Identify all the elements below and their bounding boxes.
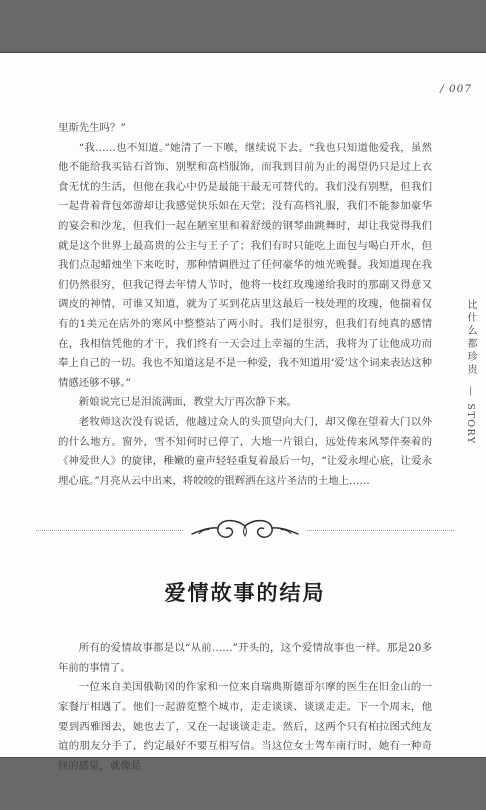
floral-swirl-ornament-icon [183,517,307,543]
page-number: / 007 [440,83,472,95]
screenshot-canvas: / 007 比什么都珍贵 — STORY 里斯先生吗？” “我……也不知道。”她… [0,0,486,810]
top-frame-bar [0,0,486,52]
book-page: / 007 比什么都珍贵 — STORY 里斯先生吗？” “我……也不知道。”她… [0,52,486,758]
section-title: 爱情故事的结局 [58,577,432,607]
divider-dotted-line-left [36,530,183,531]
page-content: 里斯先生吗？” “我……也不知道。”她清了一下喉，继续说下去。“我也只知道他爱我… [58,119,432,776]
new-story-body: 所有的爱情故事都是以“从前……”开头的，这个爱情故事也一样。那是20多年前的事情… [58,639,432,776]
body-paragraph: 老牧师这次没有说话，他越过众人的头顶望向大门，却又像在望着大门以外的什么地方。窗… [58,413,432,491]
body-paragraph: 一位来自美国俄勒冈的作家和一位来自瑞典斯德哥尔摩的医生在旧金山的一家餐厅相遇了。… [58,678,432,776]
body-paragraph: 里斯先生吗？” [58,119,432,139]
body-paragraph: 所有的爱情故事都是以“从前……”开头的，这个爱情故事也一样。那是20多年前的事情… [58,639,432,678]
body-paragraph: 新娘说完已是泪流满面，教堂大厅再次静下来。 [58,393,432,413]
section-divider [36,517,454,543]
running-header-vertical: 比什么都珍贵 — STORY [465,299,475,445]
body-paragraph: “我……也不知道。”她清了一下喉，继续说下去。“我也只知道他爱我，虽然他不能给我… [58,139,432,394]
divider-dotted-line-right [307,530,454,531]
book-title-vertical: 比什么都珍贵 [465,299,476,377]
vertical-separator: — [465,386,476,396]
book-title-english: STORY [465,403,476,444]
